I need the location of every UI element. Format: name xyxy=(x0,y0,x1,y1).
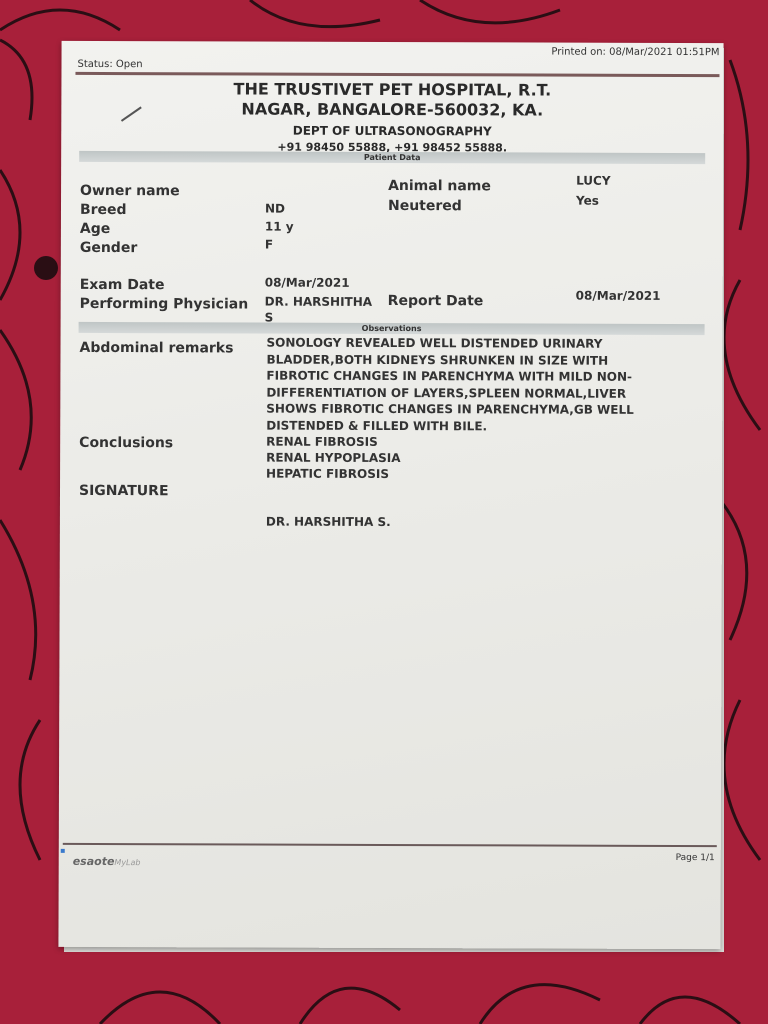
blue-mark xyxy=(61,849,65,853)
gender-value: F xyxy=(265,238,273,252)
printed-on-timestamp: Printed on: 08/Mar/2021 01:51PM xyxy=(551,47,719,59)
breed-value: ND xyxy=(265,202,285,216)
report-date-label: Report Date xyxy=(388,293,484,309)
status-text: Status: Open xyxy=(77,59,142,70)
age-label: Age xyxy=(80,221,110,237)
signature-name: DR. HARSHITHA S. xyxy=(266,515,391,529)
conclusions-label: Conclusions xyxy=(79,435,173,451)
owner-name-label: Owner name xyxy=(80,183,180,199)
performing-physician-label: Performing Physician xyxy=(80,296,249,313)
exam-date-value: 08/Mar/2021 xyxy=(265,276,350,290)
animal-name-value: LUCY xyxy=(576,174,611,188)
conclusion-item: HEPATIC FIBROSIS xyxy=(266,466,401,482)
conclusion-item: RENAL HYPOPLASIA xyxy=(266,450,401,466)
remarks-line: DISTENDED & FILLED WITH BILE. xyxy=(266,417,666,435)
gender-label: Gender xyxy=(80,240,137,256)
age-value: 11 y xyxy=(265,220,294,234)
logo-main: esaote xyxy=(73,855,115,868)
patient-data-bar: Patient Data xyxy=(79,151,705,164)
esaote-mylab-logo: esaoteMyLab xyxy=(73,855,141,868)
footer-rule xyxy=(63,843,717,847)
exam-date-label: Exam Date xyxy=(80,277,165,293)
hospital-header: THE TRUSTIVET PET HOSPITAL, R.T. NAGAR, … xyxy=(61,79,723,157)
conclusions-list: RENAL FIBROSIS RENAL HYPOPLASIA HEPATIC … xyxy=(266,434,401,482)
performing-physician-value-line1: DR. HARSHITHA xyxy=(265,295,372,309)
breed-label: Breed xyxy=(80,202,127,218)
remarks-line: SONOLOGY REVEALED WELL DISTENDED URINARY xyxy=(267,335,667,353)
signature-label: SIGNATURE xyxy=(79,483,169,499)
remarks-line: BLADDER,BOTH KIDNEYS SHRUNKEN IN SIZE WI… xyxy=(266,351,666,369)
department-name: DEPT OF ULTRASONOGRAPHY xyxy=(61,121,723,141)
hospital-name-line2: NAGAR, BANGALORE-560032, KA. xyxy=(61,99,723,121)
neutered-label: Neutered xyxy=(388,198,462,214)
hospital-name-line1: THE TRUSTIVET PET HOSPITAL, R.T. xyxy=(61,79,723,101)
header-rule xyxy=(75,72,719,77)
logo-sub: MyLab xyxy=(114,858,140,867)
remarks-line: DIFFERENTIATION OF LAYERS,SPLEEN NORMAL,… xyxy=(266,384,666,402)
conclusion-item: RENAL FIBROSIS xyxy=(266,434,401,450)
page-number: Page 1/1 xyxy=(676,853,715,863)
report-date-value: 08/Mar/2021 xyxy=(576,289,661,303)
abdominal-remarks-label: Abdominal remarks xyxy=(79,340,233,357)
animal-name-label: Animal name xyxy=(388,178,491,194)
remarks-line: SHOWS FIBROTIC CHANGES IN PARENCHYMA,GB … xyxy=(266,401,666,419)
abdominal-remarks-text: SONOLOGY REVEALED WELL DISTENDED URINARY… xyxy=(266,335,666,435)
ultrasound-report-page: Status: Open Printed on: 08/Mar/2021 01:… xyxy=(58,41,723,949)
neutered-value: Yes xyxy=(576,194,599,208)
observations-bar: Observations xyxy=(79,322,705,335)
remarks-line: FIBROTIC CHANGES IN PARENCHYMA WITH MILD… xyxy=(266,368,666,386)
